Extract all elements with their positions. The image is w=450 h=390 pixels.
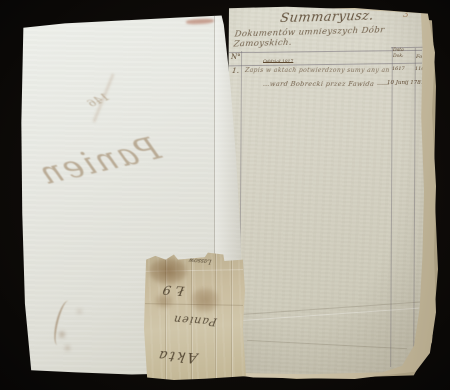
stain-dot: [60, 332, 64, 337]
fold-line: [231, 252, 232, 380]
stain-blot: [191, 288, 219, 312]
bleedthrough-script: Panien: [31, 130, 166, 193]
stain-dot: [66, 346, 69, 350]
ledger-page: Summaryusz. Dokumentów umnieyszych Dóbr …: [227, 6, 426, 375]
scrap-word-akta: Akta: [156, 347, 199, 366]
seal-remnant: [186, 18, 214, 24]
archival-photo: Summaryusz. Dokumentów umnieyszych Dóbr …: [0, 0, 450, 390]
paper-scrap: Lassow Ł 9 Panien Akta: [143, 252, 246, 380]
stain-dot: [78, 310, 81, 313]
stain-blot: [149, 258, 187, 284]
scrap-shelf-mark: Ł 9: [162, 281, 186, 297]
edge-shading: [227, 6, 426, 375]
stain-arc: [51, 299, 76, 347]
scrap-word-panien: Panien: [172, 313, 218, 329]
